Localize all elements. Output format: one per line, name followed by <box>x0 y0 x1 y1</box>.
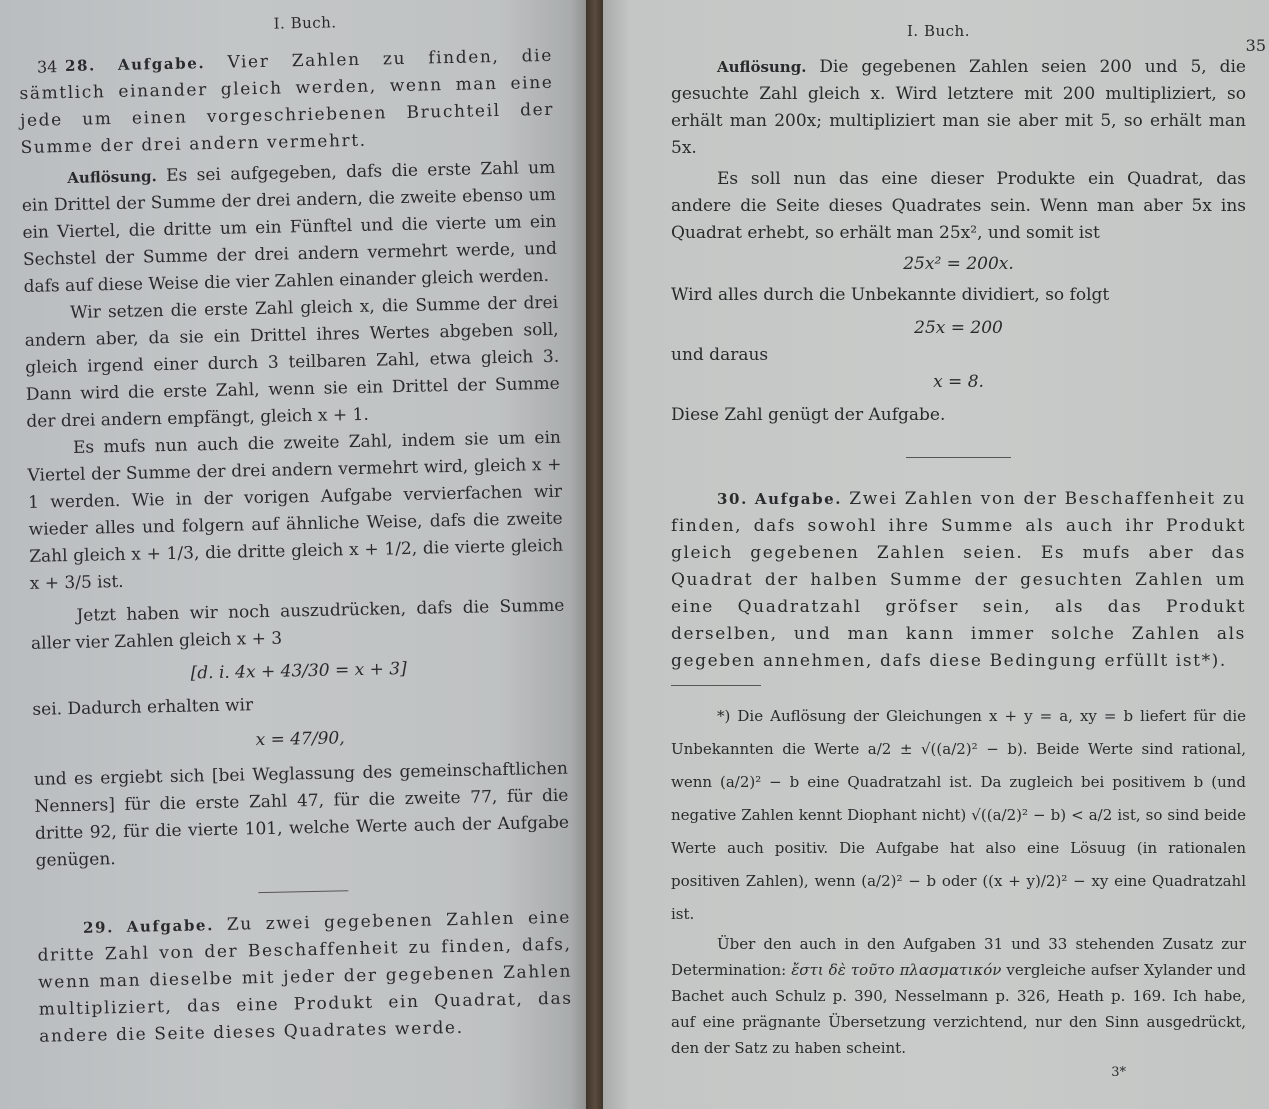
solution-28-p5: sei. Dadurch erhalten wir <box>32 686 566 724</box>
footnote-divider <box>671 685 761 686</box>
solution-29-p1: Auflösung. Die gegebenen Zahlen seien 20… <box>671 54 1246 162</box>
problem-28-label: 28. Aufgabe. <box>65 54 206 75</box>
solution-label: Auflösung. <box>717 58 806 76</box>
problem-29: 29. Aufgabe. Zu zwei gegebenen Zahlen ei… <box>37 905 574 1051</box>
problem-30-label: 30. Aufgabe. <box>717 490 842 508</box>
solution-29-p3: Wird alles durch die Unbekannte dividier… <box>671 282 1246 309</box>
solution-28-p3: Es mufs nun auch die zweite Zahl, indem … <box>27 425 564 598</box>
equation-25x2: 25x² = 200x. <box>671 251 1246 278</box>
footnote-p1: *) Die Auflösung der Gleichungen x + y =… <box>671 700 1246 931</box>
section-divider <box>906 457 1011 458</box>
signature-mark: 3* <box>671 1065 1246 1080</box>
greek-quote: ἔστι δὲ τοῦτο πλασματικόν <box>791 961 1001 979</box>
solution-29-p5: Diese Zahl genügt der Aufgabe. <box>671 402 1246 429</box>
page-number: 35 <box>1246 36 1266 55</box>
running-head: I. Buch. <box>58 9 552 37</box>
equation-25x: 25x = 200 <box>671 315 1246 342</box>
problem-29-label: 29. Aufgabe. <box>83 916 214 937</box>
solution-28-p4: Jetzt haben wir noch auszudrücken, dafs … <box>30 593 565 658</box>
section-divider <box>258 890 348 893</box>
solution-28-p1: Auflösung. Es sei aufgegeben, dafs die e… <box>21 155 558 301</box>
problem-30: 30. Aufgabe. Zwei Zahlen von der Beschaf… <box>671 486 1246 675</box>
page-number: 34 <box>37 57 58 76</box>
solution-29-p2: Es soll nun das eine dieser Produkte ein… <box>671 166 1246 247</box>
footnote-p2: Über den auch in den Aufgaben 31 und 33 … <box>671 931 1246 1061</box>
solution-29-p4: und daraus <box>671 342 1246 369</box>
footnote: *) Die Auflösung der Gleichungen x + y =… <box>671 700 1246 1061</box>
problem-28: 28. Aufgabe. Vier Zahlen zu finden, die … <box>19 43 555 162</box>
right-page: I. Buch. 35 Auflösung. Die gegebenen Zah… <box>603 0 1269 1109</box>
problem-30-text: Zwei Zahlen von der Beschaffenheit zu fi… <box>671 489 1246 671</box>
equation-x8: x = 8. <box>671 369 1246 396</box>
equation-x: x = 47/90, <box>33 721 567 759</box>
book-spine <box>586 0 604 1109</box>
running-head: I. Buch. <box>671 22 1206 40</box>
solution-28-p6: und es ergiebt sich [bei Weglassung des … <box>34 756 570 875</box>
left-page: I. Buch. 34 28. Aufgabe. Vier Zahlen zu … <box>0 0 588 1109</box>
solution-label: Auflösung. <box>67 167 157 187</box>
solution-28-p2: Wir setzen die erste Zahl gleich x, die … <box>24 290 561 436</box>
equation-sum: [d. i. 4x + 43/30 = x + 3] <box>31 653 565 691</box>
